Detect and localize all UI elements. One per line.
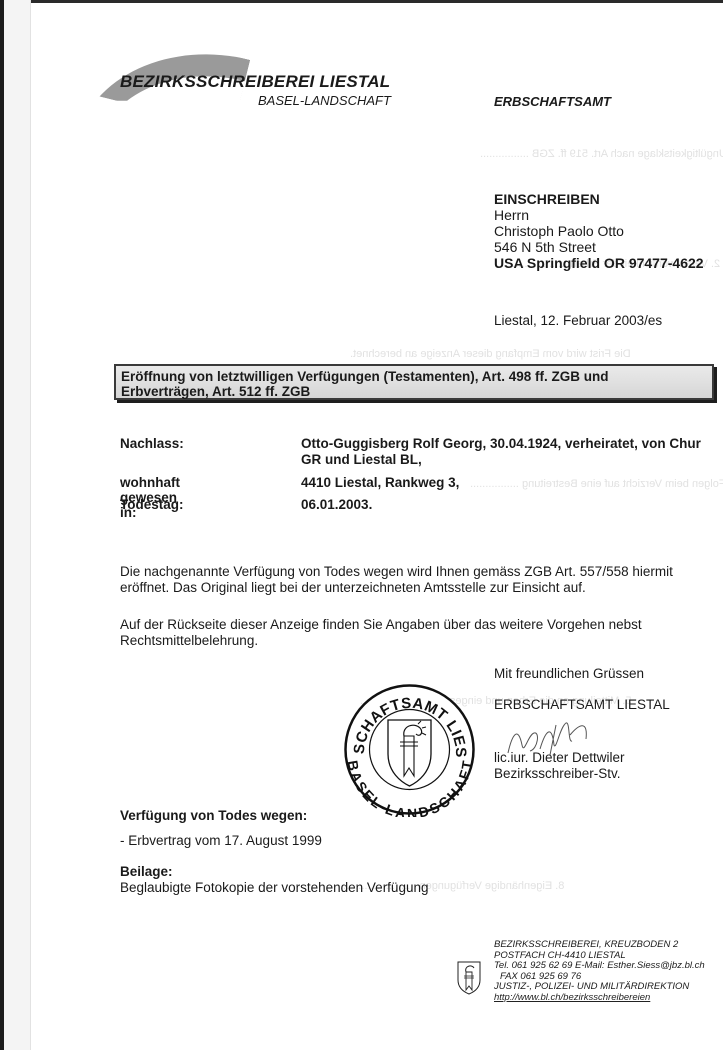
letter-date: Liestal, 12. Februar 2003/es: [494, 313, 662, 328]
org-name: BEZIRKSSCHREIBEREI LIESTAL: [120, 72, 390, 92]
subject-line-1: Eröffnung von letztwilligen Verfügungen …: [121, 369, 707, 384]
subject-line-2: Erbverträgen, Art. 512 ff. ZGB: [121, 384, 707, 399]
scan-margin: [4, 0, 31, 1050]
recipient-city: USA Springfield OR 97477-4622: [494, 255, 704, 271]
enclosure-text: Beglaubigte Fotokopie der vorstehenden V…: [120, 880, 428, 895]
fact-value: Otto-Guggisberg Rolf Georg, 30.04.1924, …: [301, 436, 721, 468]
recipient-name: Christoph Paolo Otto: [494, 223, 704, 239]
footer-website-link[interactable]: http://www.bl.ch/bezirksschreibereien: [494, 993, 705, 1004]
recipient-street: 546 N 5th Street: [494, 239, 704, 255]
footer-line-3: Tel. 061 925 62 69 E-Mail: Esther.Siess@…: [494, 961, 705, 972]
body-paragraph-2: Auf der Rückseite dieser Anzeige finden …: [120, 617, 710, 649]
org-region: BASEL-LANDSCHAFT: [258, 93, 391, 108]
footer-contact: BEZIRKSSCHREIBEREI, KREUZBODEN 2 POSTFAC…: [494, 940, 705, 1003]
subject-box: Eröffnung von letztwilligen Verfügungen …: [114, 364, 714, 400]
scan-edge-top: [0, 0, 723, 3]
fact-value: 4410 Liestal, Rankweg 3,: [301, 475, 721, 491]
bleed-through: 1. Ungültigkeitsklage nach Art. 519 ff. …: [480, 148, 723, 160]
footer-line-1: BEZIRKSSCHREIBEREI, KREUZBODEN 2: [494, 940, 705, 951]
delivery-type: EINSCHREIBEN: [494, 191, 704, 207]
salutation: Herrn: [494, 207, 704, 223]
signer-name: lic.iur. Dieter Dettwiler: [494, 750, 625, 766]
crest-icon: [456, 960, 482, 996]
body-paragraph-1: Die nachgenannte Verfügung von Todes weg…: [120, 564, 710, 596]
logo-arc-icon: [76, 24, 251, 177]
fact-label: Todestag:: [120, 497, 184, 512]
department-name: ERBSCHAFTSAMT: [494, 94, 611, 109]
fact-value: 06.01.2003.: [301, 497, 721, 513]
signer-block: lic.iur. Dieter Dettwiler Bezirksschreib…: [494, 750, 625, 782]
disposition-item: - Erbvertrag vom 17. August 1999: [120, 833, 322, 848]
footer-line-5: JUSTIZ-, POLIZEI- UND MILITÄRDIREKTION: [494, 982, 705, 993]
recipient-address: EINSCHREIBEN Herrn Christoph Paolo Otto …: [494, 191, 704, 271]
fact-label: Nachlass:: [120, 436, 184, 451]
signer-title: Bezirksschreiber-Stv.: [494, 766, 625, 782]
disposition-title: Verfügung von Todes wegen:: [120, 808, 307, 823]
bleed-through: Die Frist wird vom Empfang dieser Anzeig…: [350, 348, 631, 360]
closing-greeting: Mit freundlichen Grüssen: [494, 666, 644, 681]
enclosure-title: Beilage:: [120, 864, 173, 879]
closing-office: ERBSCHAFTSAMT LIESTAL: [494, 697, 670, 712]
official-seal-icon: ERBSCHAFTSAMT LIESTAL BASEL-LANDSCHAFT: [342, 682, 477, 817]
